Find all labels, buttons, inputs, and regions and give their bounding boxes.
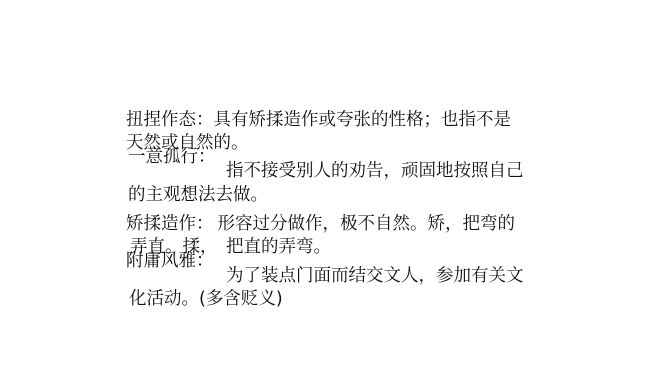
entry-2-term: 一意孤行：	[128, 145, 216, 169]
entry-1-line-1: 扭捏作态：具有矫揉造作或夸张的性格；也指不是	[126, 108, 511, 132]
entry-2-definition-line-2: 的主观想法去做。	[128, 183, 268, 207]
entry-3-term: 矫揉造作：	[126, 214, 214, 234]
slide: 扭捏作态：具有矫揉造作或夸张的性格；也指不是 天然或自然的。 一意孤行： 指不接…	[0, 0, 668, 376]
entry-3-definition-line-1: 形容过分做作，极不自然。矫，把弯的	[218, 214, 516, 234]
entry-3-definition-line-2b: 把直的弄弯。	[226, 235, 331, 259]
entry-1-definition-line-1: 具有矫揉造作或夸张的性格；也指不是	[214, 110, 512, 130]
entry-1-term: 扭捏作态：	[126, 110, 214, 130]
entry-4-definition-line-2: 化活动。(多含贬义)	[129, 287, 283, 311]
entry-2-definition-line-1: 指不接受别人的劝告，顽固地按照自己	[226, 159, 524, 183]
entry-4-definition-line-1: 为了装点门面而结交文人，参加有关文	[226, 264, 524, 288]
entry-3-line-1: 矫揉造作：形容过分做作，极不自然。矫，把弯的	[126, 212, 515, 236]
entry-4-term: 附庸风雅：	[126, 249, 214, 273]
